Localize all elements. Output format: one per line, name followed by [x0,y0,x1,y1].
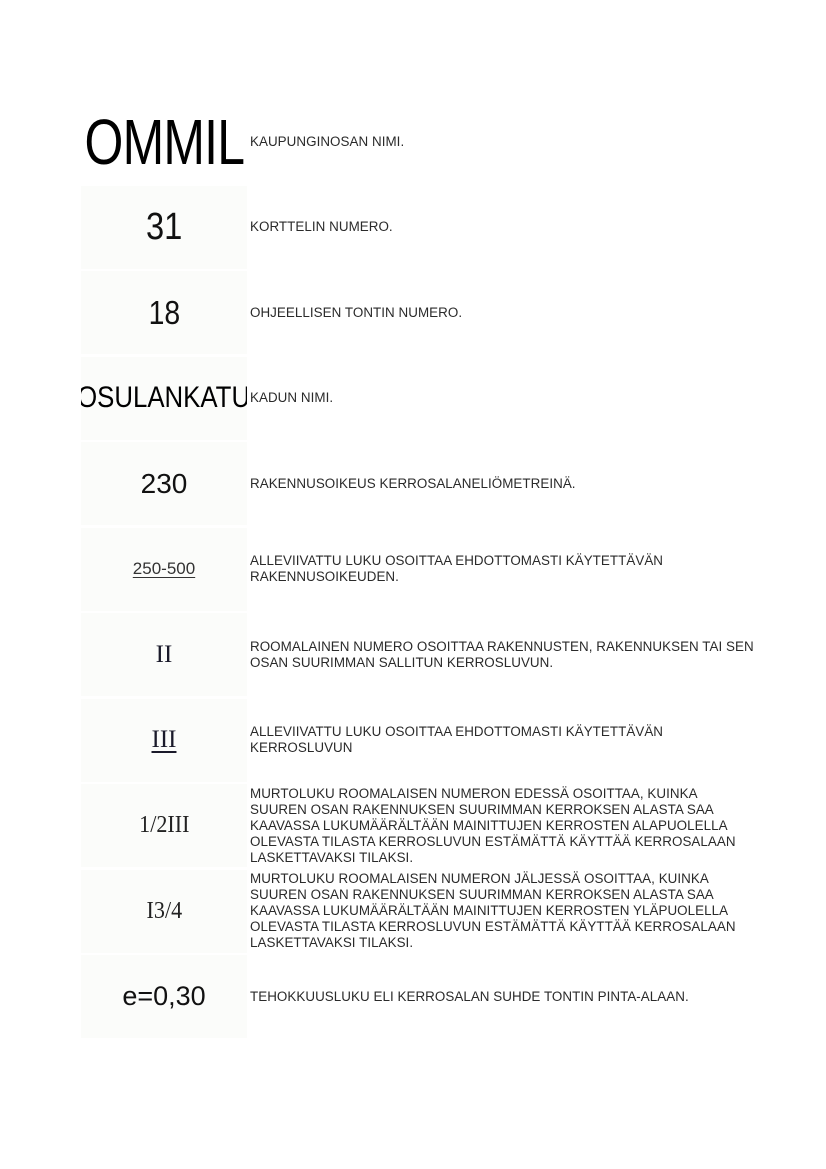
legend-row-block-number: 31 KORTTELIN NUMERO. [81,185,761,271]
symbol-cell: I3/4 [81,870,247,953]
symbol-cell: III [81,699,247,782]
district-name-symbol: OMMIL [84,105,244,179]
legend-row-efficiency-ratio: e=0,30 TEHOKKUUSLUKU ELI KERROSALAN SUHD… [81,954,761,1040]
legend-row-max-floors: II ROOMALAINEN NUMERO OSOITTAA RAKENNUST… [81,612,761,698]
symbol-cell: 18 [81,271,247,354]
street-name-symbol: OSULANKATU [81,381,247,415]
legend-row-building-right: 230 RAKENNUSOIKEUS KERROSALANELIÖMETREIN… [81,441,761,527]
symbol-cell: OSULANKATU [81,357,247,440]
description: KADUN NIMI. [247,390,755,406]
block-number-symbol: 31 [146,206,182,249]
symbol-cell: 31 [81,186,247,269]
legend-row-fraction-before: 1/2III MURTOLUKU ROOMALAISEN NUMERON EDE… [81,783,761,869]
plot-number-symbol: 18 [148,294,180,332]
mandatory-building-right-symbol: 250-500 [133,559,195,579]
max-floors-symbol: II [156,641,173,669]
legend-row-fraction-after: I3/4 MURTOLUKU ROOMALAISEN NUMERON JÄLJE… [81,869,761,955]
description: MURTOLUKU ROOMALAISEN NUMERON EDESSÄ OSO… [247,786,755,866]
symbol-cell: OMMIL [81,100,247,183]
legend-row-district-name: OMMIL KAUPUNGINOSAN NIMI. [81,99,761,185]
fraction-before-symbol: 1/2III [139,812,189,839]
symbol-cell: II [81,613,247,696]
legend-row-mandatory-floors: III ALLEVIIVATTU LUKU OSOITTAA EHDOTTOMA… [81,698,761,784]
symbol-cell: 1/2III [81,784,247,867]
legend-row-mandatory-building-right: 250-500 ALLEVIIVATTU LUKU OSOITTAA EHDOT… [81,527,761,613]
legend-row-plot-number: 18 OHJEELLISEN TONTIN NUMERO. [81,270,761,356]
plan-legend-table: OMMIL KAUPUNGINOSAN NIMI. 31 KORTTELIN N… [81,99,761,1040]
building-right-symbol: 230 [141,468,188,500]
description: RAKENNUSOIKEUS KERROSALANELIÖMETREINÄ. [247,476,755,492]
description: ROOMALAINEN NUMERO OSOITTAA RAKENNUSTEN,… [247,639,755,671]
description: TEHOKKUUSLUKU ELI KERROSALAN SUHDE TONTI… [247,989,755,1005]
description: KORTTELIN NUMERO. [247,219,755,235]
symbol-cell: 230 [81,442,247,525]
description: MURTOLUKU ROOMALAISEN NUMERON JÄLJESSÄ O… [247,871,755,951]
mandatory-floors-symbol: III [152,726,177,754]
description: KAUPUNGINOSAN NIMI. [247,134,755,150]
symbol-cell: e=0,30 [81,955,247,1038]
efficiency-ratio-symbol: e=0,30 [122,981,205,1012]
description: ALLEVIIVATTU LUKU OSOITTAA EHDOTTOMASTI … [247,553,755,585]
description: OHJEELLISEN TONTIN NUMERO. [247,305,755,321]
legend-row-street-name: OSULANKATU KADUN NIMI. [81,356,761,442]
symbol-cell: 250-500 [81,528,247,611]
description: ALLEVIIVATTU LUKU OSOITTAA EHDOTTOMASTI … [247,724,755,756]
fraction-after-symbol: I3/4 [146,898,182,925]
